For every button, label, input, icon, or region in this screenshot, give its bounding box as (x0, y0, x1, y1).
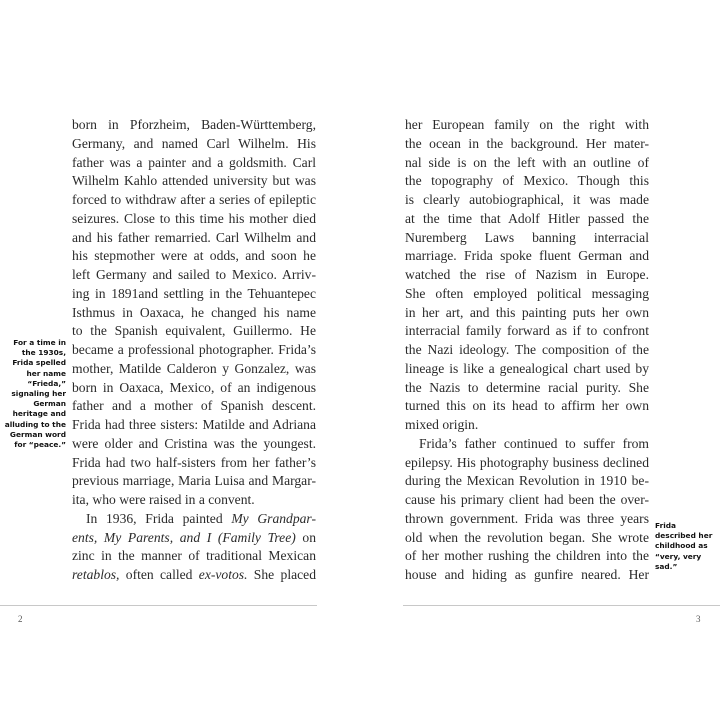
body-line: cause his primary client had been the ov… (405, 491, 649, 510)
body-line: the topography of Mexico. Though this (405, 172, 649, 191)
body-line: marriage. Frida spoke fluent German and (405, 247, 649, 266)
text-run: She placed (247, 567, 316, 582)
artwork-title: ents, My Parents, and I (Family Tree) (72, 530, 296, 545)
body-line: father was a painter and a goldsmith. Ca… (72, 154, 316, 173)
body-line: zinc in the manner of traditional Mexica… (72, 547, 316, 566)
right-page-number: 3 (696, 614, 701, 624)
body-line: the ocean in the background. Her mater- (405, 135, 649, 154)
body-line: is clearly autobiographical, it was made (405, 191, 649, 210)
text-run: on (296, 530, 316, 545)
body-line: Germany, and named Carl Wilhelm. His (72, 135, 316, 154)
body-line: at the time that Adolf Hitler passed the (405, 210, 649, 229)
body-line: nal side is on the left with an outline … (405, 154, 649, 173)
body-line: of her mother rushing the children into … (405, 547, 649, 566)
body-line: in her art, and this painting puts her o… (405, 304, 649, 323)
right-body-column: her European family on the right with th… (405, 116, 649, 585)
body-line: to the Spanish equivalent, Guillermo. He (72, 322, 316, 341)
left-sidenote: For a time in the 1930s, Frida spelled h… (4, 338, 66, 450)
body-line: mixed origin. (405, 416, 649, 435)
body-line: his stepmother were at odds, and soon he (72, 247, 316, 266)
left-body-column: born in Pforzheim, Baden-Württemberg, Ge… (72, 116, 316, 585)
body-line: epilepsy. His photography business decli… (405, 454, 649, 473)
body-line: lineage is like a genealogical chart use… (405, 360, 649, 379)
body-line: born in Pforzheim, Baden-Württemberg, (72, 116, 316, 135)
right-footer-rule (403, 605, 720, 606)
body-line: retablos, often called ex-votos. She pla… (72, 566, 316, 585)
body-line: during the Mexican Revolution in 1910 be… (405, 472, 649, 491)
italic-term: retablos, (72, 567, 119, 582)
right-sidenote: Frida described her childhood as “very, … (655, 521, 717, 572)
text-run: In 1936, Frida painted (86, 511, 231, 526)
body-line: old when the revolution began. She wrote (405, 529, 649, 548)
left-footer-rule (0, 605, 317, 606)
left-page-number: 2 (18, 614, 23, 624)
body-line: Frida had three sisters: Matilde and Adr… (72, 416, 316, 435)
text-run: often called (119, 567, 198, 582)
body-line: were older and Cristina was the youngest… (72, 435, 316, 454)
body-line: thrown government. Frida was three years (405, 510, 649, 529)
italic-term: ex-votos. (199, 567, 248, 582)
body-line: mother, Matilde Calderon y Gonzalez, was (72, 360, 316, 379)
body-line: Nuremberg Laws banning interracial (405, 229, 649, 248)
body-line: and his father remarried. Carl Wilhelm a… (72, 229, 316, 248)
body-line: became a professional photographer. Frid… (72, 341, 316, 360)
body-line: Wilhelm Kahlo attended university but wa… (72, 172, 316, 191)
body-line: the Nazi ideology. The composition of th… (405, 341, 649, 360)
body-line: ents, My Parents, and I (Family Tree) on (72, 529, 316, 548)
body-line: left Germany and sailed to Mexico. Arriv… (72, 266, 316, 285)
body-line: ita, who were raised in a convent. (72, 491, 316, 510)
book-spread: For a time in the 1930s, Frida spelled h… (0, 0, 720, 720)
body-line: seizures. Close to this time his mother … (72, 210, 316, 229)
body-line: father and a mother of Spanish descent. (72, 397, 316, 416)
body-line: turned this on its head to affirm her ow… (405, 397, 649, 416)
body-line: She often employed political messaging (405, 285, 649, 304)
body-line: Frida had two half-sisters from her fath… (72, 454, 316, 473)
body-line: previous marriage, Maria Luisa and Marga… (72, 472, 316, 491)
body-line: interracial family forward as if to conf… (405, 322, 649, 341)
body-line: house and hiding as gunfire neared. Her (405, 566, 649, 585)
paragraph-start-line: Frida’s father continued to suffer from (405, 435, 649, 454)
body-line: ing in 1891and settling in the Tehuantep… (72, 285, 316, 304)
artwork-title: My Grandpar- (231, 511, 316, 526)
body-line: watched the rise of Nazism in Europe. (405, 266, 649, 285)
body-line: Isthmus in Oaxaca, he changed his name (72, 304, 316, 323)
body-line: born in Oaxaca, Mexico, of an indigenous (72, 379, 316, 398)
body-line: her European family on the right with (405, 116, 649, 135)
body-line: the Nazis to determine racial purity. Sh… (405, 379, 649, 398)
body-line: forced to withdraw after a series of epi… (72, 191, 316, 210)
paragraph-start-line: In 1936, Frida painted My Grandpar- (72, 510, 316, 529)
